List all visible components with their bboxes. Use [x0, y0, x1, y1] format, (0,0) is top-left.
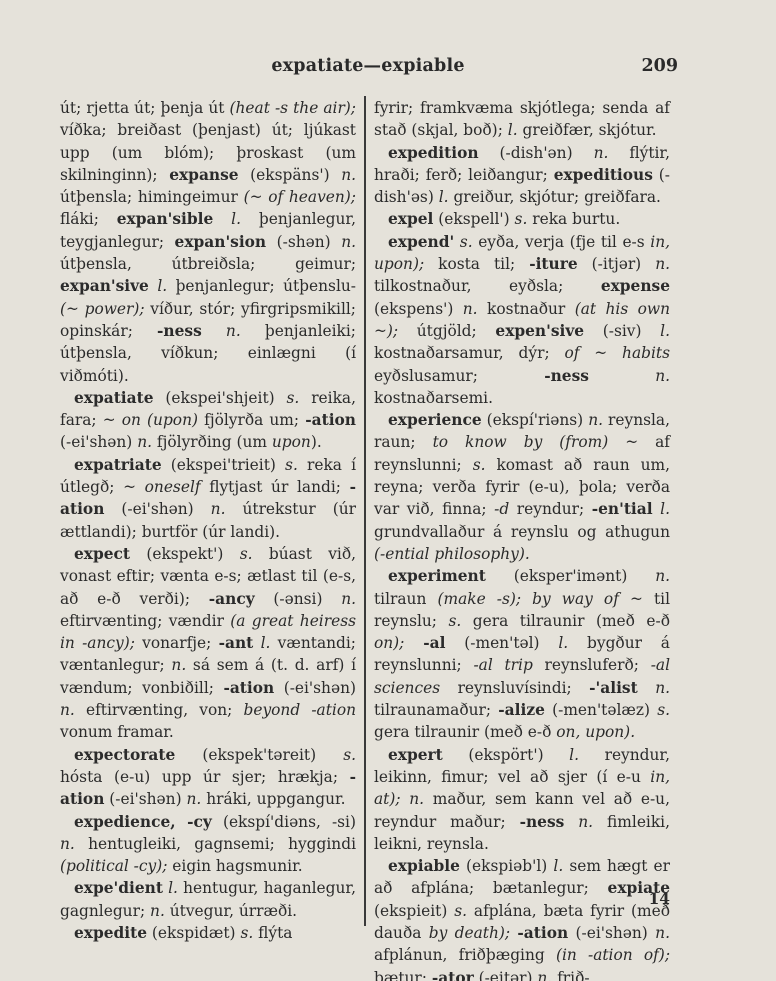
dictionary-entry: expatiate (ekspei'shjeit) s. reika, fara… — [60, 387, 356, 454]
definition-text: (eksper'imənt) — [486, 567, 655, 585]
headword: -ation — [223, 679, 274, 697]
definition-text: (ekspei'trieit) — [162, 456, 285, 474]
definition-text: (-shən) — [266, 233, 341, 251]
definition-text: (-men'təl) — [445, 634, 558, 652]
italic-text: l. — [231, 210, 241, 228]
italic-text: s. — [285, 456, 298, 474]
definition-text: eyða, verja (fje til e-s — [473, 233, 651, 251]
italic-text: to know by (from) ~ — [433, 433, 639, 451]
italic-text: l. — [569, 746, 579, 764]
definition-text — [404, 634, 423, 652]
headword: expect — [74, 545, 130, 563]
definition-text: reka burtu. — [527, 210, 620, 228]
headword: expectorate — [74, 746, 175, 764]
definition-text: (-siv) — [584, 322, 660, 340]
definition-text: greiður, skjótur; greiðfara. — [449, 188, 661, 206]
definition-text: kostnaður — [478, 300, 575, 318]
definition-text: flýta — [253, 924, 292, 942]
headword: -alize — [498, 701, 545, 719]
definition-text: kosta til; — [424, 255, 529, 273]
definition-text: tilraun — [374, 590, 437, 608]
dictionary-entry: experiment (eksper'imənt) n. tilraun (ma… — [374, 565, 670, 743]
definition-text: (ekspekt') — [130, 545, 240, 563]
definition-text: eyðslusamur; — [374, 367, 544, 385]
definition-text: gera tilraunir (með e-ð — [374, 723, 556, 741]
italic-text: n. — [409, 790, 424, 808]
italic-text: n. — [655, 255, 670, 273]
headword: expatiate — [74, 389, 154, 407]
italic-text: n. — [655, 679, 670, 697]
definition-text: vonum framar. — [60, 723, 174, 741]
definition-text: (ekspens') — [374, 300, 463, 318]
italic-text: n. — [655, 567, 670, 585]
definition-text: (ekspí'riəns) — [482, 411, 589, 429]
definition-text — [564, 813, 578, 831]
headword: expen'sive — [495, 322, 584, 340]
headword: -iture — [529, 255, 577, 273]
italic-text: n. — [60, 701, 75, 719]
headword: -ancy — [209, 590, 255, 608]
definition-text: fláki; — [60, 210, 117, 228]
italic-text: ~ on (upon) — [103, 411, 198, 429]
dictionary-entry: expe'dient l. hentugur, haganlegur, gagn… — [60, 877, 356, 922]
definition-text: reynsluvísindi; — [440, 679, 589, 697]
headword: expe'dient — [74, 879, 163, 897]
definition-text: eigin hagsmunir. — [167, 857, 302, 875]
definition-text: (ekspört') — [443, 746, 569, 764]
headword: -ant — [219, 634, 254, 652]
italic-text: l. — [660, 500, 670, 518]
italic-text: on); — [374, 634, 404, 652]
definition-text: ). — [311, 433, 322, 451]
italic-text: n. — [463, 300, 478, 318]
dictionary-entry: expedite (ekspidæt) s. flýta — [60, 922, 356, 944]
definition-text: vonarfje; — [135, 634, 219, 652]
definition-text: kostnaðarsamur, dýr; — [374, 344, 565, 362]
definition-text: tilraunamaður; — [374, 701, 498, 719]
dictionary-entry: experience (ekspí'riəns) n. reynsla, rau… — [374, 409, 670, 565]
italic-text: by death); — [429, 924, 510, 942]
definition-text: hentugleiki, gagnsemi; hyggindi — [75, 835, 356, 853]
italic-text: n. — [655, 367, 670, 385]
headword: -ation — [305, 411, 356, 429]
italic-text: (-ential philosophy). — [374, 545, 530, 563]
page-number: 209 — [641, 56, 678, 76]
italic-text: s. — [240, 924, 253, 942]
italic-text: s. — [449, 612, 462, 630]
dictionary-entry: expel (ekspell') s. reka burtu. — [374, 208, 670, 230]
headword: -en'tial — [592, 500, 653, 518]
running-title: expatiate—expiable — [58, 56, 678, 76]
definition-text: (ekspäns') — [239, 166, 342, 184]
definition-text: tilkostnaður, eyðsla; — [374, 277, 601, 295]
headword: -'alist — [589, 679, 638, 697]
italic-text: s. — [657, 701, 670, 719]
headword: expend' — [388, 233, 454, 251]
italic-text: s. — [287, 389, 300, 407]
italic-text: -d — [494, 500, 509, 518]
definition-text — [213, 210, 231, 228]
definition-text: (ekspei'shjeit) — [154, 389, 287, 407]
headword: expedience, -cy — [74, 813, 212, 831]
italic-text: (heat -s the air); — [230, 99, 356, 117]
definition-text: greiðfær, skjótur. — [518, 121, 657, 139]
italic-text: beyond -ation — [243, 701, 356, 719]
italic-text: (political -cy); — [60, 857, 167, 875]
definition-text: útvegur, úrræði. — [165, 902, 297, 920]
italic-text: on, upon). — [556, 723, 635, 741]
definition-text — [253, 634, 260, 652]
definition-text: útgjöld; — [398, 322, 495, 340]
definition-text: grundvallaður á reynslu og athugun — [374, 523, 670, 541]
definition-text: reyndur; — [509, 500, 592, 518]
definition-text: (-ei'shən) — [60, 433, 137, 451]
headword: expert — [388, 746, 443, 764]
definition-text — [401, 790, 410, 808]
headword: experiment — [388, 567, 486, 585]
definition-text: (ekspí'diəns, -si) — [212, 813, 356, 831]
definition-text: hósta (e-u) upp úr sjer; hrækja; — [60, 768, 350, 786]
dictionary-entry: expectorate (ekspek'təreit) s. hósta (e-… — [60, 744, 356, 811]
definition-text: gera tilraunir (með e-ð — [461, 612, 670, 630]
definition-text: frið- — [552, 969, 589, 981]
definition-text: eftirvænting; vændir — [60, 612, 230, 630]
definition-text: (ekspiəb'l) — [460, 857, 553, 875]
dictionary-entry: fyrir; framkvæma skjótlega; senda af sta… — [374, 97, 670, 142]
definition-text: (-dish'ən) — [479, 144, 594, 162]
italic-text: n. — [226, 322, 241, 340]
definition-text: (-ei'shən) — [104, 790, 186, 808]
left-column: út; rjetta út; þenja út (heat -s the air… — [60, 97, 356, 944]
definition-text: bætur; — [374, 969, 432, 981]
dictionary-entry: expect (ekspekt') s. búast við, vonast e… — [60, 543, 356, 744]
running-head: expatiate—expiable 209 — [58, 56, 678, 82]
definition-text: kostnaðarsemi. — [374, 389, 493, 407]
definition-text: (-men'təlæz) — [545, 701, 657, 719]
definition-text: (ekspell') — [433, 210, 514, 228]
italic-text: n. — [341, 166, 356, 184]
definition-text: reynsluferð; — [533, 656, 651, 674]
italic-text: s. — [343, 746, 356, 764]
italic-text: -al trip — [473, 656, 532, 674]
headword: experience — [388, 411, 482, 429]
dictionary-entry: expedition (-dish'ən) n. flýtir, hraði; … — [374, 142, 670, 209]
italic-text: n. — [341, 233, 356, 251]
headword: expedition — [388, 144, 479, 162]
definition-text — [202, 322, 226, 340]
headword: expan'sive — [60, 277, 149, 295]
italic-text: n. — [537, 969, 552, 981]
definition-text: (-eitər) — [474, 969, 538, 981]
italic-text: n. — [137, 433, 152, 451]
italic-text: n. — [186, 790, 201, 808]
dictionary-page: expatiate—expiable 209 út; rjetta út; þe… — [0, 0, 776, 981]
italic-text: n. — [341, 590, 356, 608]
dictionary-entry: út; rjetta út; þenja út (heat -s the air… — [60, 97, 356, 387]
definition-text: (-ei'shən) — [568, 924, 655, 942]
headword: expatriate — [74, 456, 162, 474]
italic-text: n. — [60, 835, 75, 853]
italic-text: ~ oneself — [123, 478, 200, 496]
italic-text: (~ power); — [60, 300, 145, 318]
italic-text: s. — [240, 545, 253, 563]
definition-text: eftirvænting, von; — [75, 701, 244, 719]
definition-text: (ekspek'təreit) — [175, 746, 343, 764]
definition-text — [638, 679, 655, 697]
definition-text: (-ei'shən) — [274, 679, 356, 697]
definition-text: (ekspidæt) — [147, 924, 240, 942]
headword: -ator — [432, 969, 474, 981]
italic-text: l. — [558, 634, 568, 652]
definition-text: útþensla; himingeimur — [60, 188, 244, 206]
definition-text — [589, 367, 655, 385]
italic-text: l. — [157, 277, 167, 295]
headword: expan'sible — [117, 210, 214, 228]
headword: -ation — [517, 924, 568, 942]
italic-text: n. — [588, 411, 603, 429]
dictionary-entry: expedience, -cy (ekspí'diəns, -si) n. he… — [60, 811, 356, 878]
headword: -ness — [520, 813, 565, 831]
definition-text: (-ei'shən) — [104, 500, 210, 518]
dictionary-entry: expert (ekspört') l. reyndur, leikinn, f… — [374, 744, 670, 855]
definition-text: útþensla, útbreiðsla; geimur; — [60, 255, 356, 273]
italic-text: (make -s); by way of ~ — [437, 590, 642, 608]
definition-text: (-itjər) — [578, 255, 656, 273]
italic-text: l. — [439, 188, 449, 206]
italic-text: (~ of heaven); — [244, 188, 356, 206]
italic-text: l. — [508, 121, 518, 139]
signature-mark: 14 — [649, 890, 670, 908]
headword: -al — [423, 634, 445, 652]
italic-text: l. — [553, 857, 563, 875]
definition-text: (ekspieit) — [374, 902, 454, 920]
italic-text: n. — [211, 500, 226, 518]
dictionary-entry: expiable (ekspiəb'l) l. sem hægt er að a… — [374, 855, 670, 981]
italic-text: n. — [171, 656, 186, 674]
italic-text: s. — [454, 902, 467, 920]
italic-text: s. — [460, 233, 473, 251]
italic-text: n. — [578, 813, 593, 831]
headword: expel — [388, 210, 433, 228]
headword: expanse — [169, 166, 238, 184]
italic-text: s. — [515, 210, 528, 228]
headword: expense — [601, 277, 670, 295]
italic-text: l. — [660, 322, 670, 340]
italic-text: n. — [594, 144, 609, 162]
italic-text: upon — [272, 433, 311, 451]
italic-text: (in -ation of); — [556, 946, 670, 964]
headword: expiable — [388, 857, 460, 875]
headword: expan'sion — [175, 233, 267, 251]
definition-text: hráki, uppgangur. — [201, 790, 345, 808]
right-column: fyrir; framkvæma skjótlega; senda af sta… — [374, 97, 670, 981]
definition-text: (-ənsi) — [255, 590, 342, 608]
italic-text: l. — [261, 634, 271, 652]
dictionary-entry: expend' s. eyða, verja (fje til e-s in, … — [374, 231, 670, 409]
definition-text: afplánun, friðþæging — [374, 946, 556, 964]
italic-text: s. — [473, 456, 486, 474]
column-divider — [364, 96, 366, 926]
headword: expedite — [74, 924, 147, 942]
definition-text: út; rjetta út; þenja út — [60, 99, 230, 117]
definition-text: fjölyrðing (um — [152, 433, 272, 451]
definition-text: flytjast úr landi; — [201, 478, 350, 496]
italic-text: n. — [150, 902, 165, 920]
definition-text: fjölyrða um; — [198, 411, 305, 429]
dictionary-entry: expatriate (ekspei'trieit) s. reka í útl… — [60, 454, 356, 543]
headword: expeditious — [554, 166, 653, 184]
italic-text: n. — [655, 924, 670, 942]
italic-text: of ~ habits — [565, 344, 671, 362]
headword: -ness — [544, 367, 589, 385]
headword: -ness — [157, 322, 202, 340]
definition-text: þenjanlegur; útþenslu- — [167, 277, 356, 295]
italic-text: l. — [168, 879, 178, 897]
